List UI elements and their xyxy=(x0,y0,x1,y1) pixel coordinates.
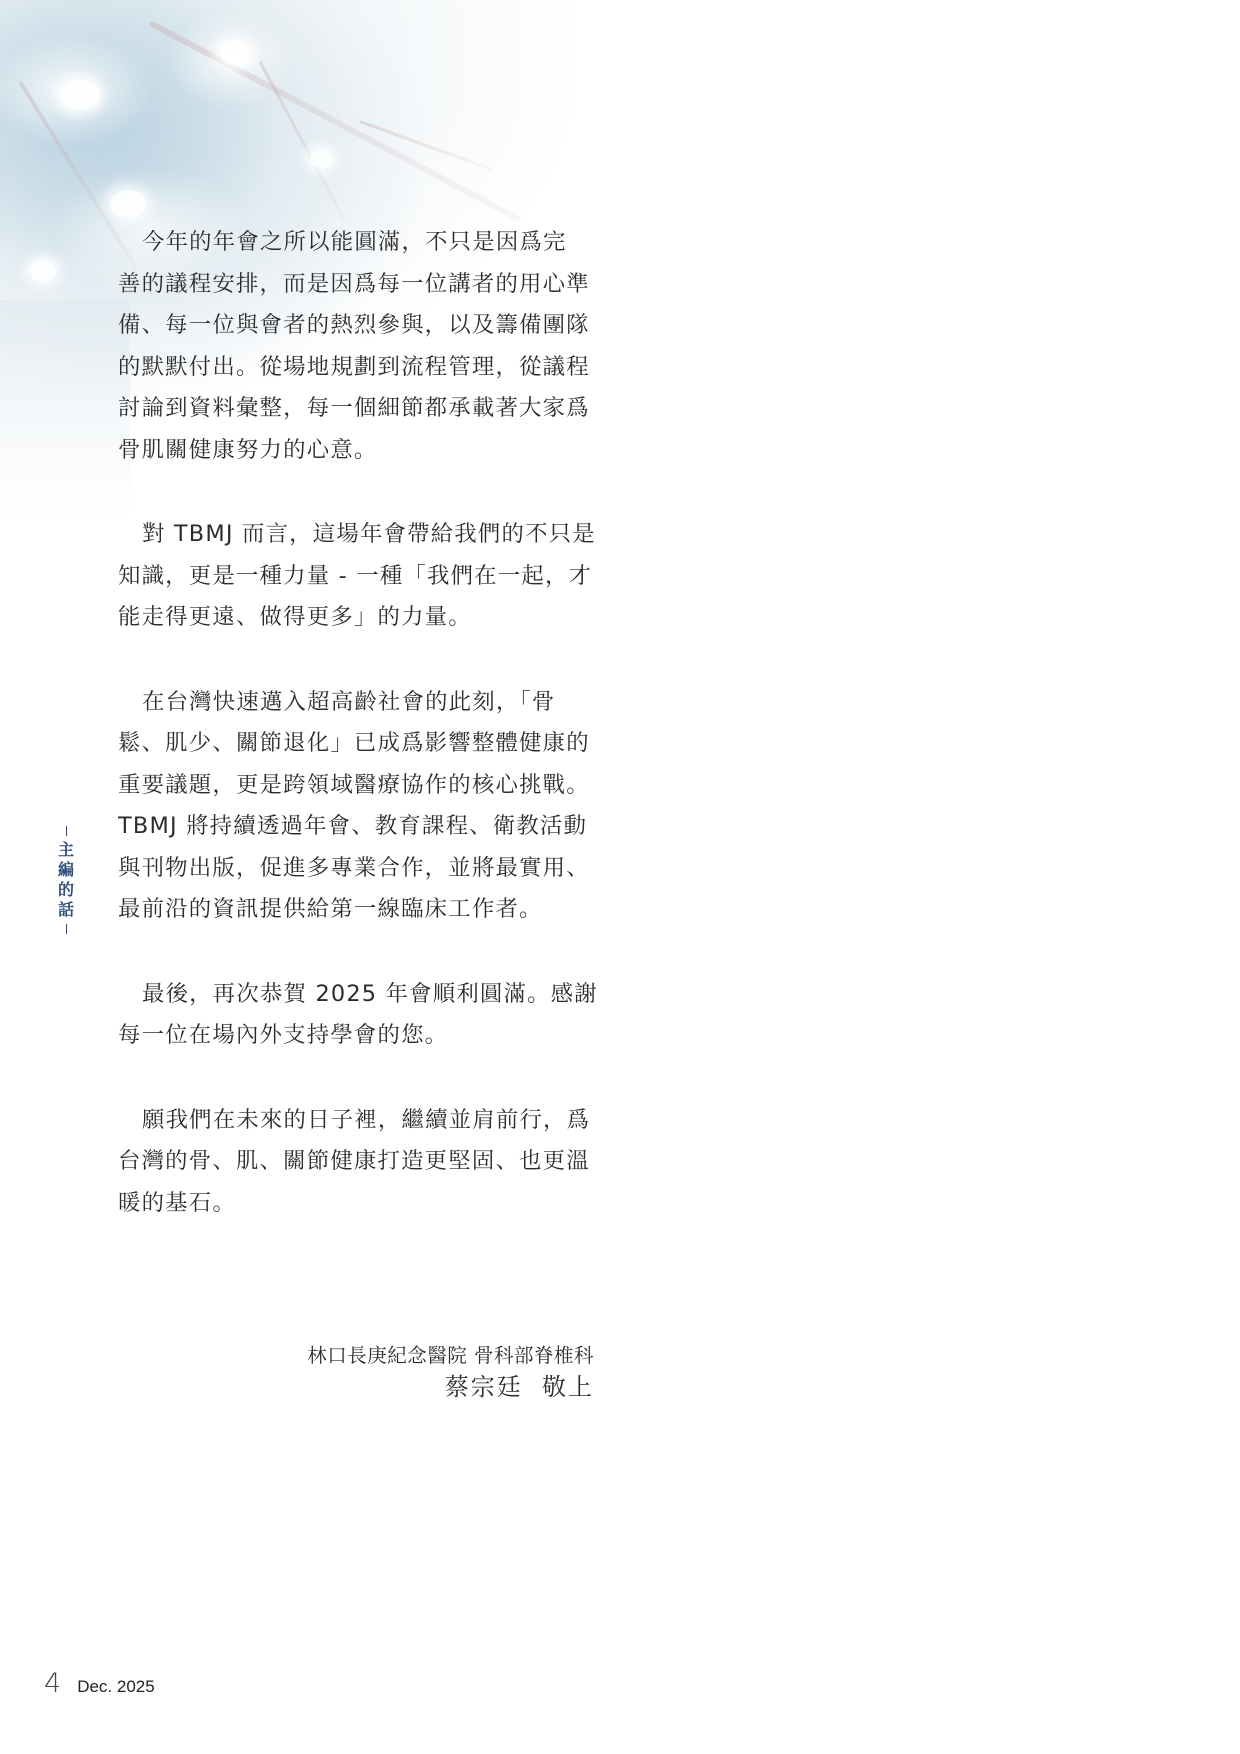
text-line: 鬆、肌少、關節退化」已成爲影響整體健康的 xyxy=(118,723,594,765)
frost-decoration xyxy=(30,260,56,282)
frost-decoration xyxy=(60,80,100,110)
text-line: 台灣的骨、肌、關節健康打造更堅固、也更溫 xyxy=(118,1141,594,1183)
author-name: 蔡宗廷 敬上 xyxy=(290,1370,594,1404)
text-line: 願我們在未來的日子裡，繼續並肩前行，爲 xyxy=(118,1100,594,1142)
text-line: 重要議題，更是跨領域醫療協作的核心挑戰。 xyxy=(118,765,594,807)
branch-decoration xyxy=(259,61,346,221)
paragraph-2: 對 TBMJ 而言，這場年會帶給我們的不只是 知識，更是一種力量 - 一種「我們… xyxy=(118,514,594,639)
paragraph-5: 願我們在未來的日子裡，繼續並肩前行，爲 台灣的骨、肌、關節健康打造更堅固、也更溫… xyxy=(118,1100,594,1225)
text-line: 骨肌關健康努力的心意。 xyxy=(118,430,594,472)
section-label-char: 編 xyxy=(56,860,76,880)
text-line: 最前沿的資訊提供給第一線臨床工作者。 xyxy=(118,889,594,931)
dash-decoration xyxy=(66,826,67,836)
text-line: 今年的年會之所以能圓滿，不只是因爲完 xyxy=(118,222,594,264)
signature-block: 林口長庚紀念醫院 骨科部脊椎科 蔡宗廷 敬上 xyxy=(290,1342,594,1404)
text-line: 的默默付出。從場地規劃到流程管理，從議程 xyxy=(118,347,594,389)
section-label-char: 的 xyxy=(56,880,76,900)
section-label: 主 編 的 話 xyxy=(56,822,76,938)
paragraph-4: 最後，再次恭賀 2025 年會順利圓滿。感謝 每一位在場內外支持學會的您。 xyxy=(118,974,594,1057)
text-line: 討論到資料彙整，每一個細節都承載著大家爲 xyxy=(118,388,594,430)
text-line: TBMJ 將持續透過年會、教育課程、衛教活動 xyxy=(118,806,594,848)
text-line: 與刊物出版，促進多專業合作，並將最實用、 xyxy=(118,848,594,890)
section-label-char: 話 xyxy=(56,900,76,920)
frost-decoration xyxy=(220,40,250,66)
page-footer: 4 Dec. 2025 xyxy=(44,1668,155,1699)
text-line: 每一位在場內外支持學會的您。 xyxy=(118,1015,594,1057)
text-line: 善的議程安排，而是因爲每一位講者的用心準 xyxy=(118,264,594,306)
issue-date: Dec. 2025 xyxy=(77,1677,155,1697)
text-line: 暖的基石。 xyxy=(118,1183,594,1225)
section-label-char: 主 xyxy=(56,840,76,860)
paragraph-1: 今年的年會之所以能圓滿，不只是因爲完 善的議程安排，而是因爲每一位講者的用心準 … xyxy=(118,222,594,471)
text-line: 在台灣快速邁入超高齡社會的此刻，「骨 xyxy=(118,682,594,724)
branch-decoration xyxy=(359,120,492,171)
text-line: 備、每一位與會者的熱烈參與，以及籌備團隊 xyxy=(118,305,594,347)
author-affiliation: 林口長庚紀念醫院 骨科部脊椎科 xyxy=(290,1342,594,1370)
text-line: 能走得更遠、做得更多」的力量。 xyxy=(118,597,594,639)
text-line: 對 TBMJ 而言，這場年會帶給我們的不只是 xyxy=(118,514,594,556)
dash-decoration xyxy=(66,924,67,934)
frost-decoration xyxy=(110,190,146,218)
text-line: 最後，再次恭賀 2025 年會順利圓滿。感謝 xyxy=(118,974,594,1016)
frost-decoration xyxy=(310,150,332,168)
branch-decoration xyxy=(149,20,523,222)
paragraph-3: 在台灣快速邁入超高齡社會的此刻，「骨 鬆、肌少、關節退化」已成爲影響整體健康的 … xyxy=(118,682,594,931)
frost-fade xyxy=(0,300,130,520)
text-line: 知識，更是一種力量 - 一種「我們在一起，才 xyxy=(118,556,594,598)
page-number: 4 xyxy=(44,1668,61,1699)
editorial-article: 今年的年會之所以能圓滿，不只是因爲完 善的議程安排，而是因爲每一位講者的用心準 … xyxy=(118,222,594,1267)
